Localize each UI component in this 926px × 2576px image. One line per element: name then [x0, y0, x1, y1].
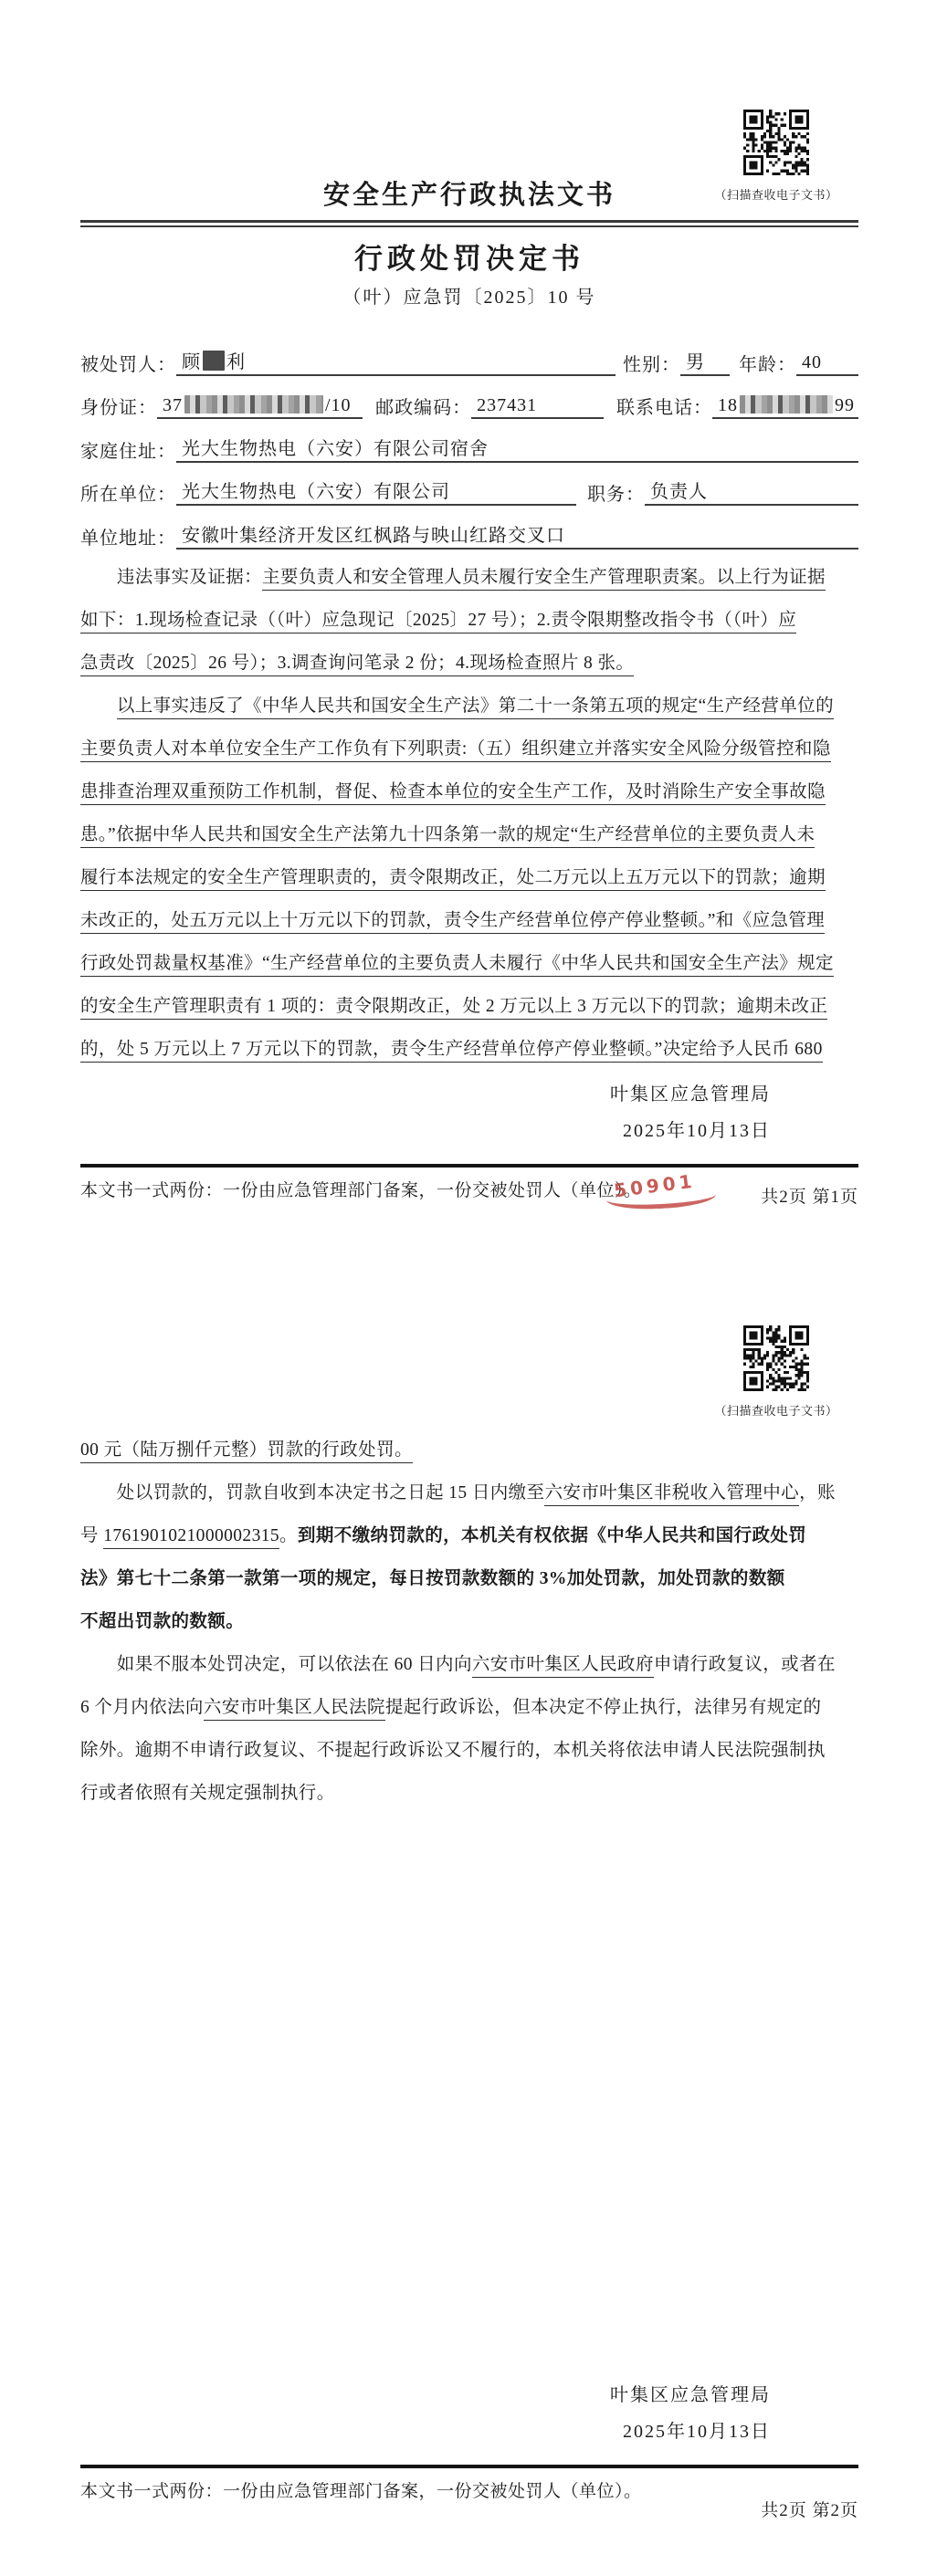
- double-rule: [80, 220, 858, 227]
- redacted-text: [740, 395, 833, 414]
- postal-value: 237431: [471, 395, 604, 419]
- document-content: 安全生产行政执法文书 行政处罚决定书 （叶）应急罚〔2025〕10 号 被处罚人…: [0, 0, 926, 2504]
- text-line: 的安全生产管理职责有 1 项的：责令限期改正，处 2 万元以上 3 万元以下的罚…: [80, 985, 858, 1028]
- text-line: 患排查治理双重预防工作机制，督促、检查本单位的安全生产工作，及时消除生产安全事故…: [80, 770, 858, 813]
- text-segment: 99: [835, 395, 855, 415]
- spacer: [80, 1815, 858, 2372]
- field-row-unit-address: 单位地址： 安徽叶集经济开发区红枫路与映山红路交叉口: [80, 512, 858, 556]
- text-segment: 主要负责人对本单位安全生产工作负有下列职责:（五）组织建立并落实安全风险分级管控…: [80, 739, 831, 762]
- age-value: 40: [796, 352, 858, 376]
- text-segment: 六安市叶集区非税收入管理中心: [544, 1483, 799, 1506]
- text-segment: 患排查治理双重预防工作机制，督促、检查本单位的安全生产工作，及时消除生产安全事故…: [80, 782, 826, 805]
- form-fields: 被处罚人： 顾利 性别： 男 年龄： 40 身份证： 37/10 邮政编码： 2…: [80, 339, 858, 556]
- text-segment: 6 个月内依法向: [80, 1698, 204, 1717]
- text-segment: 违法事实及证据：: [117, 568, 262, 587]
- field-row-penalized: 被处罚人： 顾利 性别： 男 年龄： 40: [80, 339, 858, 382]
- document-number: （叶）应急罚〔2025〕10 号: [80, 284, 858, 311]
- home-address-value: 光大生物热电（六安）有限公司宿舍: [176, 434, 858, 463]
- text-line: 违法事实及证据：主要负责人和安全管理人员未履行安全生产管理职责案。以上行为证据: [80, 556, 858, 599]
- text-segment: 如下：1.现场检查记录（（叶）应急现记〔2025〕27 号）；2.责令限期整改指…: [80, 611, 796, 634]
- text-segment: 利: [226, 352, 246, 372]
- text-segment: /10: [325, 395, 352, 415]
- phone-label: 联系电话：: [616, 393, 712, 419]
- text-segment: 00 元（陆万捌仟元整）罚款的行政处罚。: [80, 1440, 413, 1463]
- text-segment: 处以罚款的，罚款自收到本决定书之日起 15 日内缴至: [80, 1483, 544, 1503]
- unit-address-value: 安徽叶集经济开发区红枫路与映山红路交叉口: [176, 520, 858, 550]
- page-number-badge: 共2页 第2页: [761, 2497, 858, 2521]
- unit-address-label: 单位地址：: [80, 523, 176, 550]
- text-segment: 的安全生产管理职责有 1 项的：责令限期改正，处 2 万元以上 3 万元以下的罚…: [80, 997, 827, 1020]
- text-segment: 如果不服本处罚决定，可以依法在 60 日内向: [80, 1655, 472, 1674]
- employer-value: 光大生物热电（六安）有限公司: [176, 476, 576, 506]
- text-segment: 到期不缴纳罚款的，本机关有权依据《中华人民共和国行政处罚: [298, 1526, 806, 1545]
- employer-label: 所在单位：: [80, 479, 176, 506]
- qr-caption: （扫描查收电子文书）: [703, 1401, 849, 1419]
- text-line: 00 元（陆万捌仟元整）罚款的行政处罚。: [80, 1429, 858, 1471]
- text-line: 患。”依据中华人民共和国安全生产法第九十四条第一款的规定“生产经营单位的主要负责…: [80, 813, 858, 856]
- amount-continuation-line: 00 元（陆万捌仟元整）罚款的行政处罚。: [80, 1429, 858, 1471]
- signature-block-page1: 叶集区应急管理局 2025年10月13日: [80, 1076, 858, 1149]
- duty-label: 职务：: [587, 479, 645, 506]
- issue-date: 2025年10月13日: [80, 2414, 771, 2450]
- text-line: 6 个月内依法向六安市叶集区人民法院提起行政诉讼，但本决定不停止执行，法律另有规…: [80, 1686, 858, 1729]
- redacted-text: [203, 351, 225, 371]
- text-segment: [80, 568, 117, 587]
- footer-note: 本文书一式两份：一份由应急管理部门备案，一份交被处罚人（单位）。: [80, 1178, 858, 1203]
- text-line: 如果不服本处罚决定，可以依法在 60 日内向六安市叶集区人民政府申请行政复议，或…: [80, 1643, 858, 1686]
- text-segment: 急责改〔2025〕26 号）；3.调查询问笔录 2 份；4.现场检查照片 8 张…: [80, 654, 634, 676]
- payment-paragraph: 处以罚款的，罚款自收到本决定书之日起 15 日内缴至六安市叶集区非税收入管理中心…: [80, 1471, 858, 1643]
- qr-code-icon: [743, 1325, 809, 1391]
- penalized-value: 顾利: [176, 347, 616, 376]
- issuing-agency: 叶集区应急管理局: [80, 1076, 771, 1113]
- text-segment: 18: [718, 395, 738, 415]
- text-line: 履行本法规定的安全生产管理职责的，责令限期改正，处二万元以上五万元以下的罚款；逾…: [80, 856, 858, 899]
- text-line: 不超出罚款的数额。: [80, 1600, 858, 1643]
- field-row-home-address: 家庭住址： 光大生物热电（六安）有限公司宿舍: [80, 425, 858, 469]
- evidence-paragraph: 违法事实及证据：主要负责人和安全管理人员未履行安全生产管理职责案。以上行为证据如…: [80, 556, 858, 685]
- footer-page2: 本文书一式两份：一份由应急管理部门备案，一份交被处罚人（单位）。 共2页 第2页: [80, 2465, 858, 2504]
- decision-paragraph: 以上事实违反了《中华人民共和国安全生产法》第二十一条第五项的规定“生产经营单位的…: [80, 685, 858, 1071]
- text-segment: 37: [163, 395, 183, 415]
- text-line: 行政处罚裁量权基准》“生产经营单位的主要负责人未履行《中华人民共和国安全生产法》…: [80, 942, 858, 985]
- footer-note: 本文书一式两份：一份由应急管理部门备案，一份交被处罚人（单位）。: [80, 2479, 858, 2504]
- text-line: 如下：1.现场检查记录（（叶）应急现记〔2025〕27 号）；2.责令限期整改指…: [80, 599, 858, 642]
- text-line: 的，处 5 万元以上 7 万元以下的罚款，责令生产经营单位停产停业整顿。”决定给…: [80, 1028, 858, 1071]
- field-row-employer: 所在单位： 光大生物热电（六安）有限公司 职务： 负责人: [80, 469, 858, 513]
- text-segment: 主要负责人和安全管理人员未履行安全生产管理职责案。以上行为证据: [262, 568, 826, 591]
- text-segment: 。: [279, 1526, 298, 1545]
- text-segment: 不超出罚款的数额。: [80, 1612, 244, 1631]
- text-segment: ，账: [799, 1483, 836, 1503]
- text-line: 号 1761901021000002315。到期不缴纳罚款的，本机关有权依据《中…: [80, 1514, 858, 1557]
- text-segment: 除外。逾期不申请行政复议、不提起行政诉讼又不履行的，本机关将依法申请人民法院强制…: [80, 1741, 826, 1760]
- text-line: 主要负责人对本单位安全生产工作负有下列职责:（五）组织建立并落实安全风险分级管控…: [80, 728, 858, 770]
- text-segment: 提起行政诉讼，但本决定不停止执行，法律另有规定的: [385, 1698, 822, 1717]
- text-segment: 号: [80, 1526, 103, 1545]
- qr-code-icon: [743, 110, 809, 175]
- issuing-agency: 叶集区应急管理局: [80, 2377, 771, 2414]
- text-line: 行或者依照有关规定强制执行。: [80, 1772, 858, 1815]
- text-segment: 顾: [182, 352, 201, 372]
- text-segment: 以上事实违反了《中华人民共和国安全生产法》第二十一条第五项的规定“生产经营单位的: [117, 696, 834, 719]
- qr-caption: （扫描查收电子文书）: [703, 185, 849, 203]
- text-segment: [80, 696, 117, 716]
- text-segment: 未改正的，处五万元以上十万元以下的罚款，责令生产经营单位停产停业整顿。”和《应急…: [80, 911, 825, 934]
- red-seal-fragment: 50901: [606, 1171, 721, 1211]
- age-label: 年龄：: [739, 350, 796, 376]
- qr-block-page2: （扫描查收电子文书）: [703, 1325, 849, 1419]
- text-segment: 的，处 5 万元以上 7 万元以下的罚款，责令生产经营单位停产停业整顿。”决定给…: [80, 1040, 823, 1063]
- id-value: 37/10: [157, 395, 363, 419]
- document-title: 行政处罚决定书: [80, 240, 858, 278]
- text-segment: 六安市叶集区人民法院: [204, 1698, 385, 1721]
- signature-block-page2: 叶集区应急管理局 2025年10月13日: [80, 2377, 858, 2450]
- text-segment: 患。”依据中华人民共和国安全生产法第九十四条第一款的规定“生产经营单位的主要负责…: [80, 825, 815, 848]
- text-segment: 行或者依照有关规定强制执行。: [80, 1784, 335, 1803]
- duty-value: 负责人: [645, 476, 858, 506]
- penalty-decision-document: （扫描查收电子文书） （扫描查收电子文书） 安全生产行政执法文书 行政处罚决定书…: [0, 0, 926, 2576]
- text-line: 以上事实违反了《中华人民共和国安全生产法》第二十一条第五项的规定“生产经营单位的: [80, 685, 858, 728]
- text-line: 除外。逾期不申请行政复议、不提起行政诉讼又不履行的，本机关将依法申请人民法院强制…: [80, 1729, 858, 1772]
- text-line: 急责改〔2025〕26 号）；3.调查询问笔录 2 份；4.现场检查照片 8 张…: [80, 642, 858, 685]
- footer-page1: 本文书一式两份：一份由应急管理部门备案，一份交被处罚人（单位）。 50901 共…: [80, 1164, 858, 1203]
- redacted-text: [184, 395, 323, 414]
- penalized-label: 被处罚人：: [80, 350, 176, 376]
- text-line: 法》第七十二条第一款第一项的规定，每日按罚款数额的 3%加处罚款，加处罚款的数额: [80, 1557, 858, 1600]
- text-segment: 1761901021000002315: [103, 1526, 279, 1549]
- id-label: 身份证：: [80, 393, 157, 419]
- gender-value: 男: [680, 347, 730, 376]
- home-address-label: 家庭住址：: [80, 436, 176, 463]
- phone-value: 1899: [712, 395, 858, 419]
- postal-label: 邮政编码：: [375, 393, 471, 419]
- gender-label: 性别：: [623, 350, 680, 376]
- text-line: 未改正的，处五万元以上十万元以下的罚款，责令生产经营单位停产停业整顿。”和《应急…: [80, 899, 858, 942]
- text-segment: 行政处罚裁量权基准》“生产经营单位的主要负责人未履行《中华人民共和国安全生产法》…: [80, 954, 834, 977]
- text-segment: 六安市叶集区人民政府: [472, 1655, 654, 1678]
- text-line: 处以罚款的，罚款自收到本决定书之日起 15 日内缴至六安市叶集区非税收入管理中心…: [80, 1471, 858, 1514]
- qr-block-page1: （扫描查收电子文书）: [703, 110, 849, 203]
- issue-date: 2025年10月13日: [80, 1113, 771, 1149]
- field-row-id: 身份证： 37/10 邮政编码： 237431 联系电话： 1899: [80, 382, 858, 426]
- text-segment: 履行本法规定的安全生产管理职责的，责令限期改正，处二万元以上五万元以下的罚款；逾…: [80, 868, 826, 891]
- appeal-paragraph: 如果不服本处罚决定，可以依法在 60 日内向六安市叶集区人民政府申请行政复议，或…: [80, 1643, 858, 1815]
- text-segment: 法》第七十二条第一款第一项的规定，每日按罚款数额的 3%加处罚款，加处罚款的数额: [80, 1569, 785, 1588]
- text-segment: 申请行政复议，或者在: [654, 1655, 836, 1674]
- page-number-badge: 共2页 第1页: [761, 1183, 858, 1208]
